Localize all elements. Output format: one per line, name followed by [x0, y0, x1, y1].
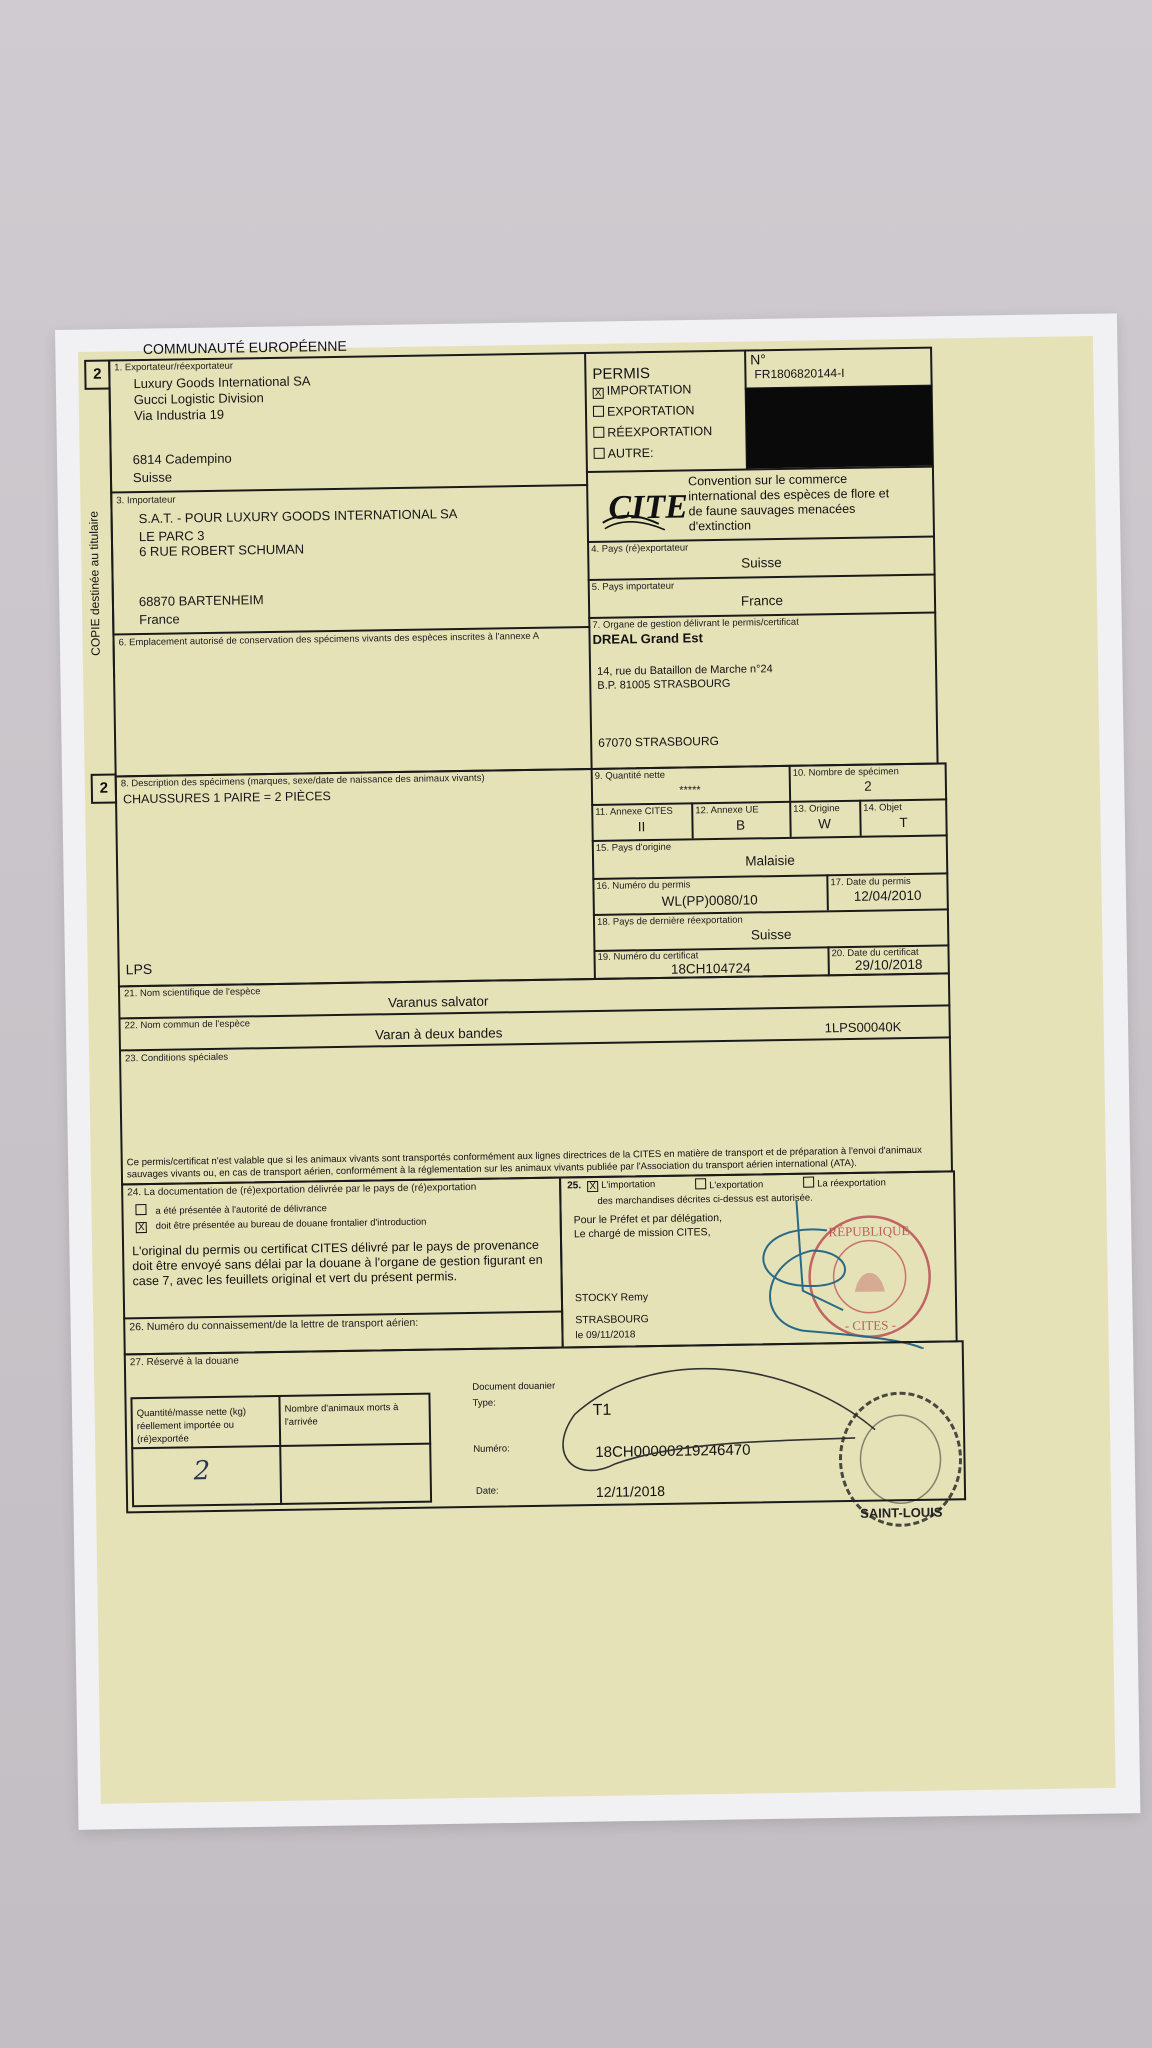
importer-address1: LE PARC 3: [139, 528, 205, 544]
checkbox-export[interactable]: [593, 406, 604, 417]
cites-logo-icon: CITES: [598, 477, 689, 538]
convention-line: d'extinction: [689, 516, 890, 534]
permit-heading: PERMIS: [592, 365, 650, 383]
box25-option-reexport-label: La réexportation: [817, 1177, 886, 1189]
permit-option-other[interactable]: AUTRE:: [594, 446, 654, 461]
copy-number-box-2: 2: [91, 773, 117, 803]
box13-label: 13. Origine: [793, 803, 840, 815]
management-authority-city: 67070 STRASBOURG: [598, 734, 719, 750]
permit-option-export-label: EXPORTATION: [607, 403, 695, 418]
box24-notice: L'original du permis ou certificat CITES…: [132, 1238, 558, 1290]
permit-option-other-label: AUTRE:: [608, 446, 654, 461]
box18-label: 18. Pays de dernière réexportation: [597, 915, 743, 928]
qty-header: Quantité/masse nette (kg) réellement imp…: [137, 1405, 278, 1446]
copy-number: 2: [86, 362, 108, 388]
redacted-region: [746, 386, 933, 469]
specimen-count: 2: [789, 777, 947, 794]
permit-option-import-label: IMPORTATION: [607, 382, 692, 397]
customs-stamp-icon: SAINT-LOUIS: [834, 1388, 966, 1530]
customs-stamp: SAINT-LOUIS: [834, 1388, 966, 1530]
signature-place: STRASBOURG: [575, 1313, 649, 1326]
permit-option-export[interactable]: EXPORTATION: [593, 403, 695, 419]
purpose-code: T: [859, 814, 947, 830]
exporter-street: Via Industria 19: [134, 407, 224, 423]
permit-option-reexport-label: RÉEXPORTATION: [607, 424, 712, 440]
box17-label: 17. Date du permis: [830, 876, 910, 888]
origin-code: W: [789, 816, 859, 832]
signature: [731, 1189, 933, 1352]
permit-number-label: N°: [750, 351, 766, 367]
exporter-country: Suisse: [133, 470, 172, 486]
copy-destination-label: COPIE destinée au titulaire: [87, 511, 103, 656]
checkbox-import[interactable]: X: [593, 388, 604, 399]
importer-address2: 6 RUE ROBERT SCHUMAN: [139, 541, 304, 559]
specimen-code: LPS: [126, 961, 153, 977]
checkbox-presented[interactable]: [135, 1204, 146, 1215]
box9-label: 9. Quantité nette: [595, 770, 665, 782]
box16-label: 16. Numéro du permis: [596, 879, 690, 891]
checkbox-other[interactable]: [594, 448, 605, 459]
checkbox-export-authorized[interactable]: [695, 1178, 706, 1189]
management-authority-address2: B.P. 81005 STRASBOURG: [597, 678, 730, 692]
exporter-name: Luxury Goods International SA: [133, 373, 310, 391]
certificate-date: 29/10/2018: [828, 956, 950, 973]
checkbox-import-authorized[interactable]: X: [587, 1181, 598, 1192]
box27-label: 27. Réservé à la douane: [130, 1356, 239, 1369]
checkbox-reexport[interactable]: [593, 427, 604, 438]
permit-option-import[interactable]: XIMPORTATION: [593, 382, 692, 399]
box23-label: 23. Conditions spéciales: [125, 1052, 228, 1065]
permit-option-reexport[interactable]: RÉEXPORTATION: [593, 424, 712, 440]
svg-text:SAINT-LOUIS: SAINT-LOUIS: [860, 1505, 943, 1521]
copy-number-box: 2: [84, 359, 110, 389]
box25-option-import[interactable]: XL'importation: [587, 1179, 655, 1192]
box5-label: 5. Pays importateur: [592, 581, 675, 593]
convention-text: Convention sur le commerce international…: [688, 471, 890, 534]
signature-date: le 09/11/2018: [575, 1329, 635, 1341]
cites-permit-document: COMMUNAUTÉ EUROPÉENNE 2 COPIE destinée a…: [78, 336, 1116, 1804]
permit-number: FR1806820144-I: [754, 366, 844, 381]
importer-country: France: [139, 611, 180, 627]
customs-date-label: Date:: [476, 1486, 499, 1497]
management-authority-name: DREAL Grand Est: [592, 630, 703, 647]
signatory-name: STOCKY Remy: [575, 1291, 648, 1304]
box25-number: 25.: [567, 1180, 581, 1191]
cites-appendix: II: [591, 818, 691, 835]
document-title: COMMUNAUTÉ EUROPÉENNE: [143, 338, 347, 357]
species-code: 1LPS00040K: [825, 1019, 902, 1035]
eu-annex: B: [691, 817, 789, 834]
box14-label: 14. Objet: [863, 802, 902, 814]
box25-option-reexport[interactable]: La réexportation: [803, 1175, 886, 1189]
box3-label: 3. Importateur: [116, 494, 175, 506]
customs-type-label: Type:: [472, 1398, 495, 1409]
svg-text:CITES: CITES: [608, 488, 689, 527]
exporter-division: Gucci Logistic Division: [134, 390, 264, 407]
box12-label: 12. Annexe UE: [695, 804, 759, 816]
permit-date: 12/04/2010: [827, 887, 949, 904]
box25-option-export[interactable]: L'exportation: [695, 1177, 763, 1191]
delegation-line2: Le chargé de mission CITES,: [574, 1226, 711, 1240]
box15-label: 15. Pays d'origine: [596, 842, 671, 854]
box1-label: 1. Exportateur/réexportateur: [114, 361, 233, 374]
box25-option-import-label: L'importation: [601, 1179, 655, 1191]
customs-doc-label: Document douanier: [472, 1381, 555, 1393]
qty-value-handwritten: 2: [193, 1456, 210, 1486]
checkbox-to-present[interactable]: X: [136, 1222, 147, 1233]
customs-number-label: Numéro:: [473, 1443, 510, 1455]
checkbox-reexport-authorized[interactable]: [803, 1177, 814, 1188]
copy-number: 2: [93, 775, 115, 801]
box25-option-export-label: L'exportation: [709, 1179, 763, 1191]
importer-city: 68870 BARTENHEIM: [139, 592, 264, 609]
box4-label: 4. Pays (ré)exportateur: [591, 542, 688, 555]
dead-animals-header: Nombre d'animaux morts à l'arrivée: [285, 1401, 425, 1429]
convention-line: international des espèces de flore et: [688, 486, 889, 504]
cites-logo: CITES: [598, 477, 689, 538]
box10-label: 10. Nombre de spécimen: [793, 766, 899, 779]
signature-scribble-icon: [731, 1189, 933, 1352]
box11-label: 11. Annexe CITES: [595, 806, 673, 818]
exporter-city: 6814 Cadempino: [133, 451, 232, 468]
delegation-line1: Pour le Préfet et par délégation,: [574, 1212, 722, 1226]
